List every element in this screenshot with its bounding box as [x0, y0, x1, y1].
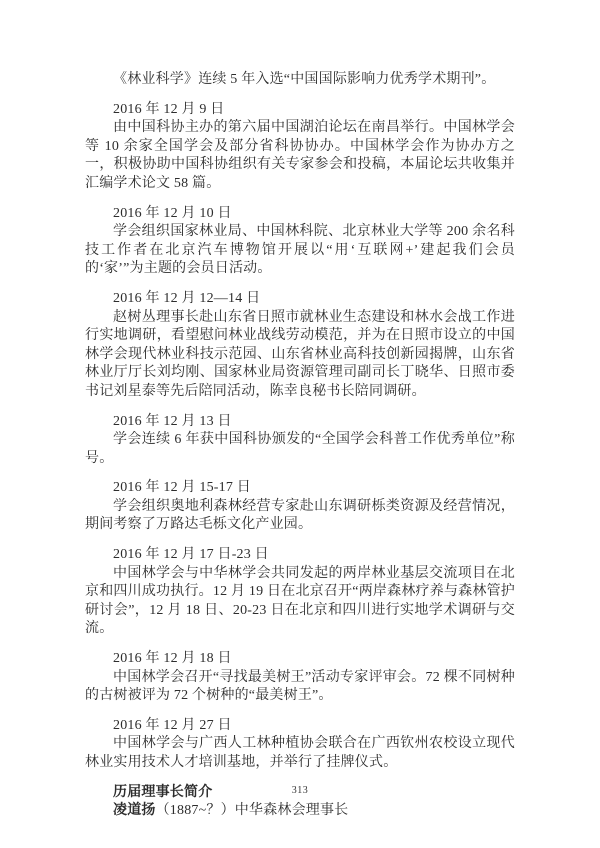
bio-person-name: 凌道扬	[113, 803, 156, 818]
event-entry: 2016 年 12 月 13 日 学会连续 6 年获中国科协颁发的“全国学会科普…	[85, 413, 515, 469]
event-text: 赵树丛理事长赴山东省日照市就林业生态建设和林水会战工作进行实地调研，看望慰问林业…	[85, 309, 515, 402]
event-entry: 2016 年 12 月 18 日 中国林学会召开“寻找最美树王”活动专家评审会。…	[85, 650, 515, 706]
event-entry: 2016 年 12 月 12—14 日 赵树丛理事长赴山东省日照市就林业生态建设…	[85, 290, 515, 402]
event-date: 2016 年 12 月 13 日	[85, 413, 515, 432]
intro-paragraph: 《林业科学》连续 5 年入选“中国国际影响力优秀学术期刊”。	[85, 71, 515, 90]
event-date: 2016 年 12 月 9 日	[85, 101, 515, 120]
event-entry: 2016 年 12 月 15-17 日 学会组织奥地利森林经营专家赴山东调研栎类…	[85, 479, 515, 535]
event-text: 学会组织国家林业局、中国林科院、北京林业大学等 200 余名科技工作者在北京汽车…	[85, 223, 515, 279]
event-entry: 2016 年 12 月 17 日-23 日 中国林学会与中华林学会共同发起的两岸…	[85, 546, 515, 639]
event-date: 2016 年 12 月 18 日	[85, 650, 515, 669]
document-page: 《林业科学》连续 5 年入选“中国国际影响力优秀学术期刊”。 2016 年 12…	[0, 0, 600, 848]
page-number: 313	[0, 785, 600, 796]
bio-person-detail: （1887~？）中华森林会理事长	[156, 803, 349, 818]
page-content: 《林业科学》连续 5 年入选“中国国际影响力优秀学术期刊”。 2016 年 12…	[85, 71, 515, 821]
event-date: 2016 年 12 月 15-17 日	[85, 479, 515, 498]
event-text: 中国林学会与中华林学会共同发起的两岸林业基层交流项目在北京和四川成功执行。12 …	[85, 565, 515, 639]
event-date: 2016 年 12 月 12—14 日	[85, 290, 515, 309]
event-text: 学会组织奥地利森林经营专家赴山东调研栎类资源及经营情况，期间考察了万路达毛栎文化…	[85, 498, 515, 535]
event-text: 由中国科协主办的第六届中国湖泊论坛在南昌举行。中国林学会等 10 余家全国学会及…	[85, 119, 515, 193]
event-date: 2016 年 12 月 17 日-23 日	[85, 546, 515, 565]
event-text: 中国林学会与广西人工林种植协会联合在广西钦州农校设立现代林业实用技术人才培训基地…	[85, 735, 515, 772]
event-entry: 2016 年 12 月 9 日 由中国科协主办的第六届中国湖泊论坛在南昌举行。中…	[85, 101, 515, 194]
event-entry: 2016 年 12 月 27 日 中国林学会与广西人工林种植协会联合在广西钦州农…	[85, 717, 515, 773]
bio-entry: 凌道扬（1887~？）中华森林会理事长	[85, 802, 515, 821]
event-date: 2016 年 12 月 10 日	[85, 205, 515, 224]
event-entry: 2016 年 12 月 10 日 学会组织国家林业局、中国林科院、北京林业大学等…	[85, 205, 515, 279]
event-text: 中国林学会召开“寻找最美树王”活动专家评审会。72 棵不同树种的古树被评为 72…	[85, 669, 515, 706]
event-text: 学会连续 6 年获中国科协颁发的“全国学会科普工作优秀单位”称号。	[85, 431, 515, 468]
event-date: 2016 年 12 月 27 日	[85, 717, 515, 736]
